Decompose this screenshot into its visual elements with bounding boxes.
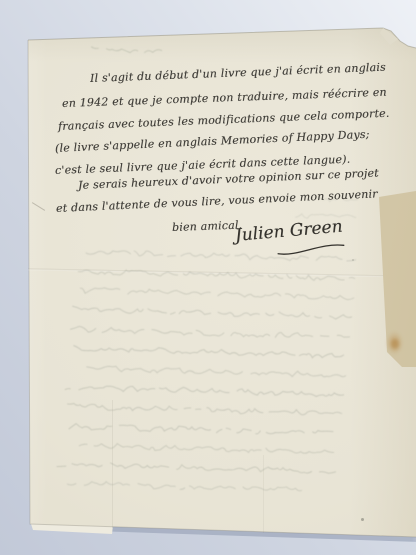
letter-photograph: Il s'agit du début d'un livre que j'ai é… [0, 0, 416, 555]
bleedthrough-line [96, 44, 162, 55]
letter-line: bien amical. [172, 219, 243, 234]
stain [391, 339, 399, 349]
paper-speck [361, 518, 364, 521]
